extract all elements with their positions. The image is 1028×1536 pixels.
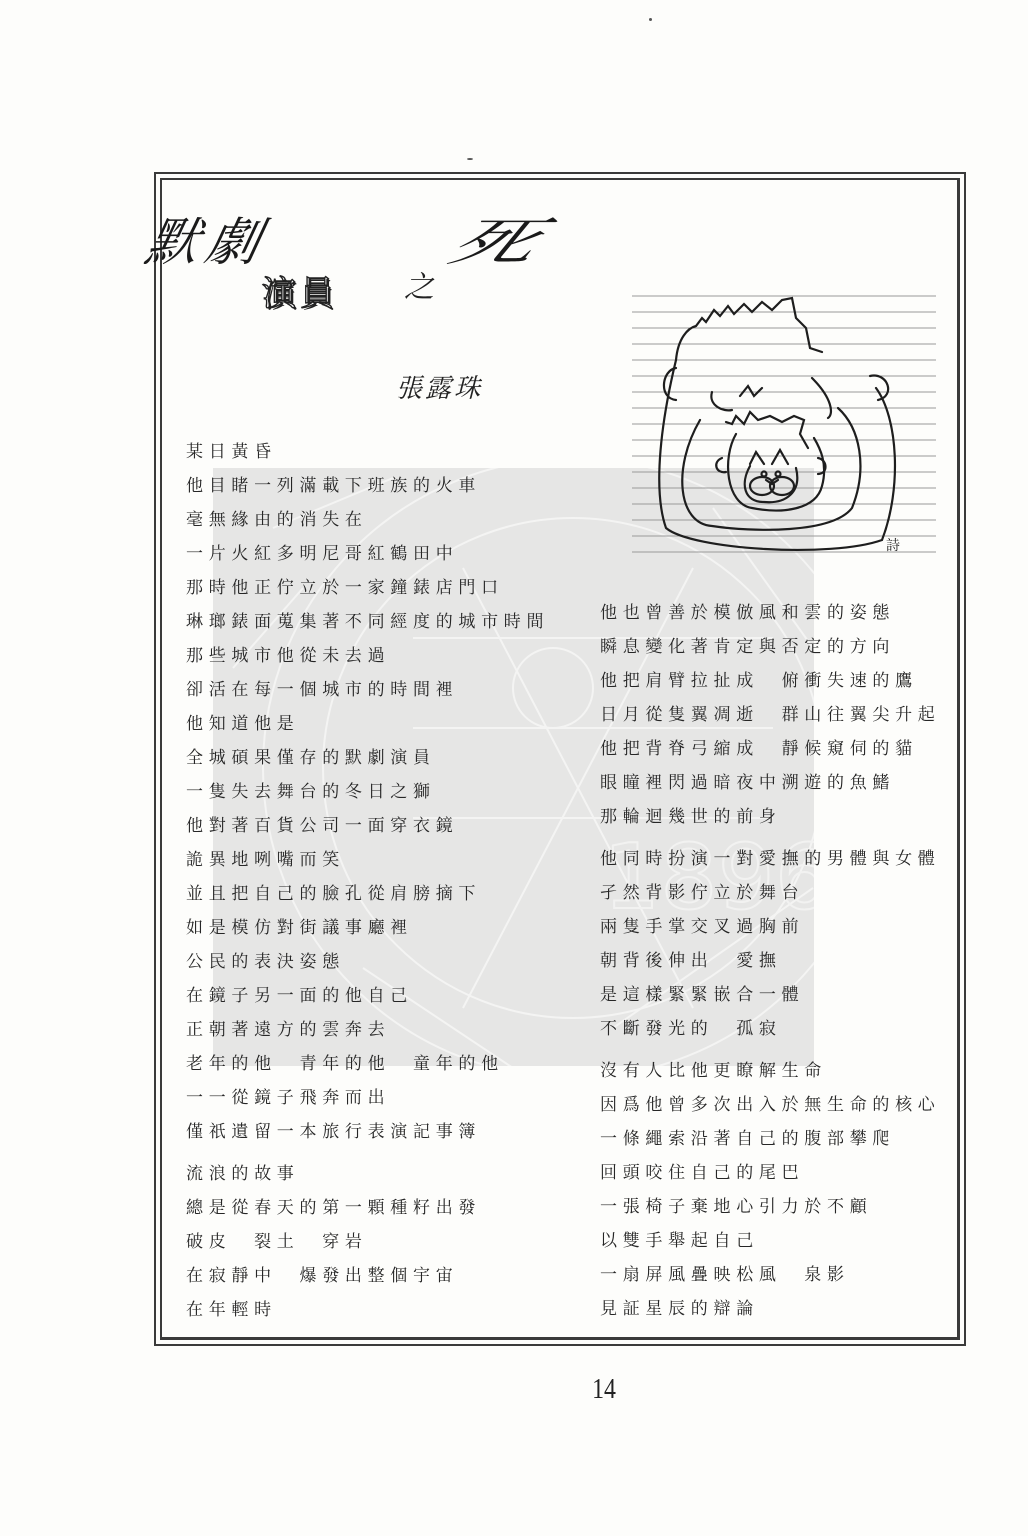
poem-line: 在鏡子另一面的他自己 — [186, 979, 549, 1013]
poem-line: 一片火紅多明尼哥紅鶴田中 — [186, 537, 549, 571]
poem-line: 毫無緣由的消失在 — [186, 503, 549, 537]
face-illustration: 詩 — [632, 288, 936, 556]
poem-line: 一隻失去舞台的冬日之獅 — [186, 775, 549, 809]
poem-line: 一張椅子棄地心引力於不顧 — [600, 1190, 941, 1224]
poem-line: 詭異地咧嘴而笑 — [186, 843, 549, 877]
poem-line: 他也曾善於模倣風和雲的姿態 — [600, 596, 941, 630]
poem-line: 因爲他曾多次出入於無生命的核心 — [600, 1088, 941, 1122]
poem-line: 眼瞳裡閃過暗夜中溯遊的魚鰭 — [600, 766, 941, 800]
poem-line: 他同時扮演一對愛撫的男體與女體 — [600, 842, 941, 876]
stanza-gap — [600, 834, 941, 842]
poem-line: 一扇屏風疊映松風 泉影 — [600, 1258, 941, 1292]
poem-line: 兩隻手掌交叉過胸前 — [600, 910, 941, 944]
scan-speck — [467, 158, 473, 160]
poem-line: 老年的他 青年的他 童年的他 — [186, 1047, 549, 1081]
poem-line: 他把背脊弓縮成 靜候窺伺的貓 — [600, 732, 941, 766]
poem-line: 以雙手舉起自己 — [600, 1224, 941, 1258]
poem-line: 他知道他是 — [186, 707, 549, 741]
poem-line: 如是模仿對街議事廳裡 — [186, 911, 549, 945]
poem-line: 琳瑯錶面蒐集著不同經度的城市時間 — [186, 605, 549, 639]
poem-line: 沒有人比他更瞭解生命 — [600, 1054, 941, 1088]
poem-line: 他目睹一列滿載下班族的火車 — [186, 469, 549, 503]
title-actor: 演員 — [262, 266, 338, 315]
poem-line: 一條繩索沿著自己的腹部攀爬 — [600, 1122, 941, 1156]
poem-line: 全城碩果僅存的默劇演員 — [186, 741, 549, 775]
author-name: 張露珠 — [396, 368, 483, 405]
stanza-gap — [600, 1046, 941, 1054]
title-mime: 默劇 — [140, 200, 276, 275]
poem-line: 在寂靜中 爆發出整個宇宙 — [186, 1259, 549, 1293]
poem-line: 在年輕時 — [186, 1293, 549, 1327]
poem-line: 是這樣緊緊嵌合一體 — [600, 978, 941, 1012]
stanza-gap — [186, 1149, 549, 1157]
title-of: 之 — [404, 262, 434, 306]
poem-line: 一一從鏡子飛奔而出 — [186, 1081, 549, 1115]
poem-line: 見証星辰的辯論 — [600, 1292, 941, 1326]
poem-line: 公民的表決姿態 — [186, 945, 549, 979]
poem-line: 不斷發光的 孤寂 — [600, 1012, 941, 1046]
poem-line: 日月從隻翼凋逝 群山往翼尖升起 — [600, 698, 941, 732]
poem-line: 那些城市他從未去過 — [186, 639, 549, 673]
poem-line: 總是從春天的第一顆種籽出發 — [186, 1191, 549, 1225]
page-number: 14 — [91, 1374, 1028, 1406]
poem-line: 他把肩臂拉扯成 俯衝失速的鷹 — [600, 664, 941, 698]
poem-line: 回頭咬住自己的尾巴 — [600, 1156, 941, 1190]
poem-line: 那時他正佇立於一家鐘錶店門口 — [186, 571, 549, 605]
poem-line: 僅祇遺留一本旅行表演記事簿 — [186, 1115, 549, 1149]
poem-line: 流浪的故事 — [186, 1157, 549, 1191]
illustration-signature: 詩 — [886, 537, 900, 554]
poem-line: 並且把自己的臉孔從肩膀摘下 — [186, 877, 549, 911]
poem-line: 那輪迴幾世的前身 — [600, 800, 941, 834]
poem-line: 正朝著遠方的雲奔去 — [186, 1013, 549, 1047]
scan-speck — [649, 18, 652, 21]
poem-line: 某日黃昏 — [186, 435, 549, 469]
nested-faces-drawing-icon: 詩 — [632, 288, 936, 556]
poem-line: 破皮 裂土 穿岩 — [186, 1225, 549, 1259]
poem-left-column: 某日黃昏 他目睹一列滿載下班族的火車 毫無緣由的消失在 一片火紅多明尼哥紅鶴田中… — [186, 435, 549, 1327]
poem-line: 瞬息變化著肯定與否定的方向 — [600, 630, 941, 664]
poem-line: 卻活在每一個城市的時間裡 — [186, 673, 549, 707]
poem-line: 朝背後伸出 愛撫 — [600, 944, 941, 978]
poem-line: 他對著百貨公司一面穿衣鏡 — [186, 809, 549, 843]
poem-right-column: 他也曾善於模倣風和雲的姿態 瞬息變化著肯定與否定的方向 他把肩臂拉扯成 俯衝失速… — [600, 596, 941, 1326]
poem-line: 孑然背影佇立於舞台 — [600, 876, 941, 910]
